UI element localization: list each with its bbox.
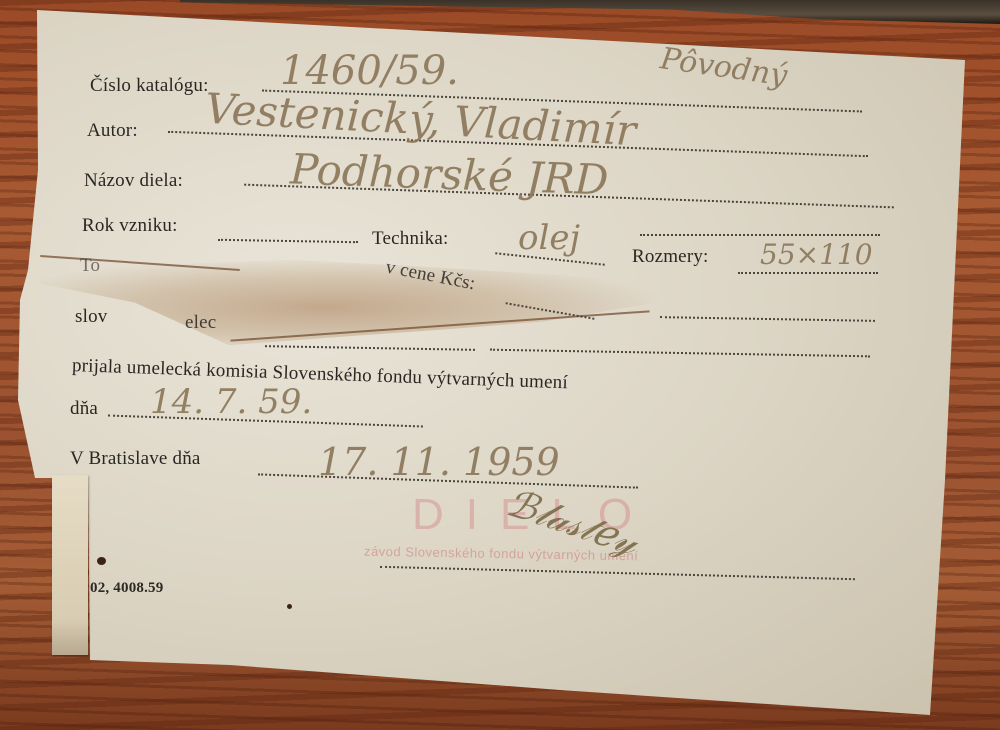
value-accepted-date: 14. 7. 59.: [150, 382, 312, 422]
value-catalog-number: 1460/59.: [280, 48, 459, 94]
tape-strip: [52, 475, 88, 655]
label-bratislava: V Bratislave dňa: [70, 448, 201, 470]
label-dimensions: Rozmery:: [632, 246, 709, 268]
label-slovak-suffix: elec: [185, 312, 216, 334]
label-on-date: dňa: [70, 398, 98, 420]
field-line-dimensions-upper: [640, 234, 880, 236]
label-technique: Technika:: [372, 228, 448, 250]
label-author: Autor:: [87, 120, 138, 142]
value-dimensions: 55×110: [760, 238, 873, 271]
field-line-dimensions: [738, 272, 878, 274]
label-slovak-prefix: slov: [75, 306, 107, 328]
torn-backing-paper: [180, 0, 1000, 24]
print-code: 02, 4008.59: [90, 580, 163, 597]
label-torn-line-start: To: [80, 255, 100, 277]
ink-spot: [97, 557, 106, 565]
label-year: Rok vzniku:: [82, 215, 178, 237]
value-technique: olej: [518, 218, 580, 258]
ink-spot: [287, 604, 292, 609]
value-bratislava-date: 17. 11. 1959: [318, 440, 560, 484]
label-catalog-number: Číslo katalógu:: [90, 75, 209, 97]
label-title: Názov diela:: [84, 170, 183, 192]
